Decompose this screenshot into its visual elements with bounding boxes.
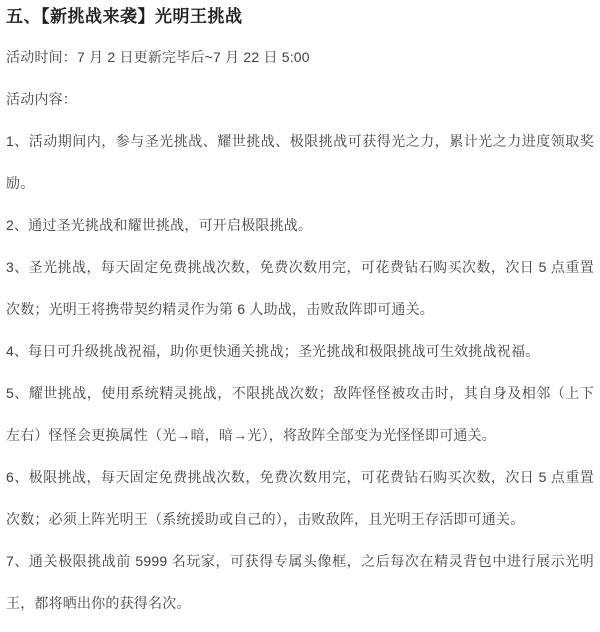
rule-paragraph-2: 2、通过圣光挑战和耀世挑战，可开启极限挑战。 [6,204,594,246]
event-time-line: 活动时间：7 月 2 日更新完毕后~7 月 22 日 5:00 [6,36,594,78]
rule-paragraph-7: 7、通关极限挑战前 5999 名玩家，可获得专属头像框，之后每次在精灵背包中进行… [6,540,594,624]
rule-paragraph-3: 3、圣光挑战，每天固定免费挑战次数，免费次数用完，可花费钻石购买次数，次日 5 … [6,246,594,330]
rule-paragraph-5: 5、耀世挑战，使用系统精灵挑战，不限挑战次数；敌阵怪怪被攻击时，其自身及相邻（上… [6,372,594,456]
announcement-document: 五、【新挑战来袭】光明王挑战 活动时间：7 月 2 日更新完毕后~7 月 22 … [0,0,600,624]
rule-paragraph-1: 1、活动期间内，参与圣光挑战、耀世挑战、极限挑战可获得光之力，累计光之力进度领取… [6,120,594,204]
content-label: 活动内容： [6,78,594,120]
rule-paragraph-4: 4、每日可升级挑战祝福，助你更快通关挑战；圣光挑战和极限挑战可生效挑战祝福。 [6,330,594,372]
rule-paragraph-6: 6、极限挑战，每天固定免费挑战次数，免费次数用完，可花费钻石购买次数，次日 5 … [6,456,594,540]
section-heading: 五、【新挑战来袭】光明王挑战 [6,3,594,31]
